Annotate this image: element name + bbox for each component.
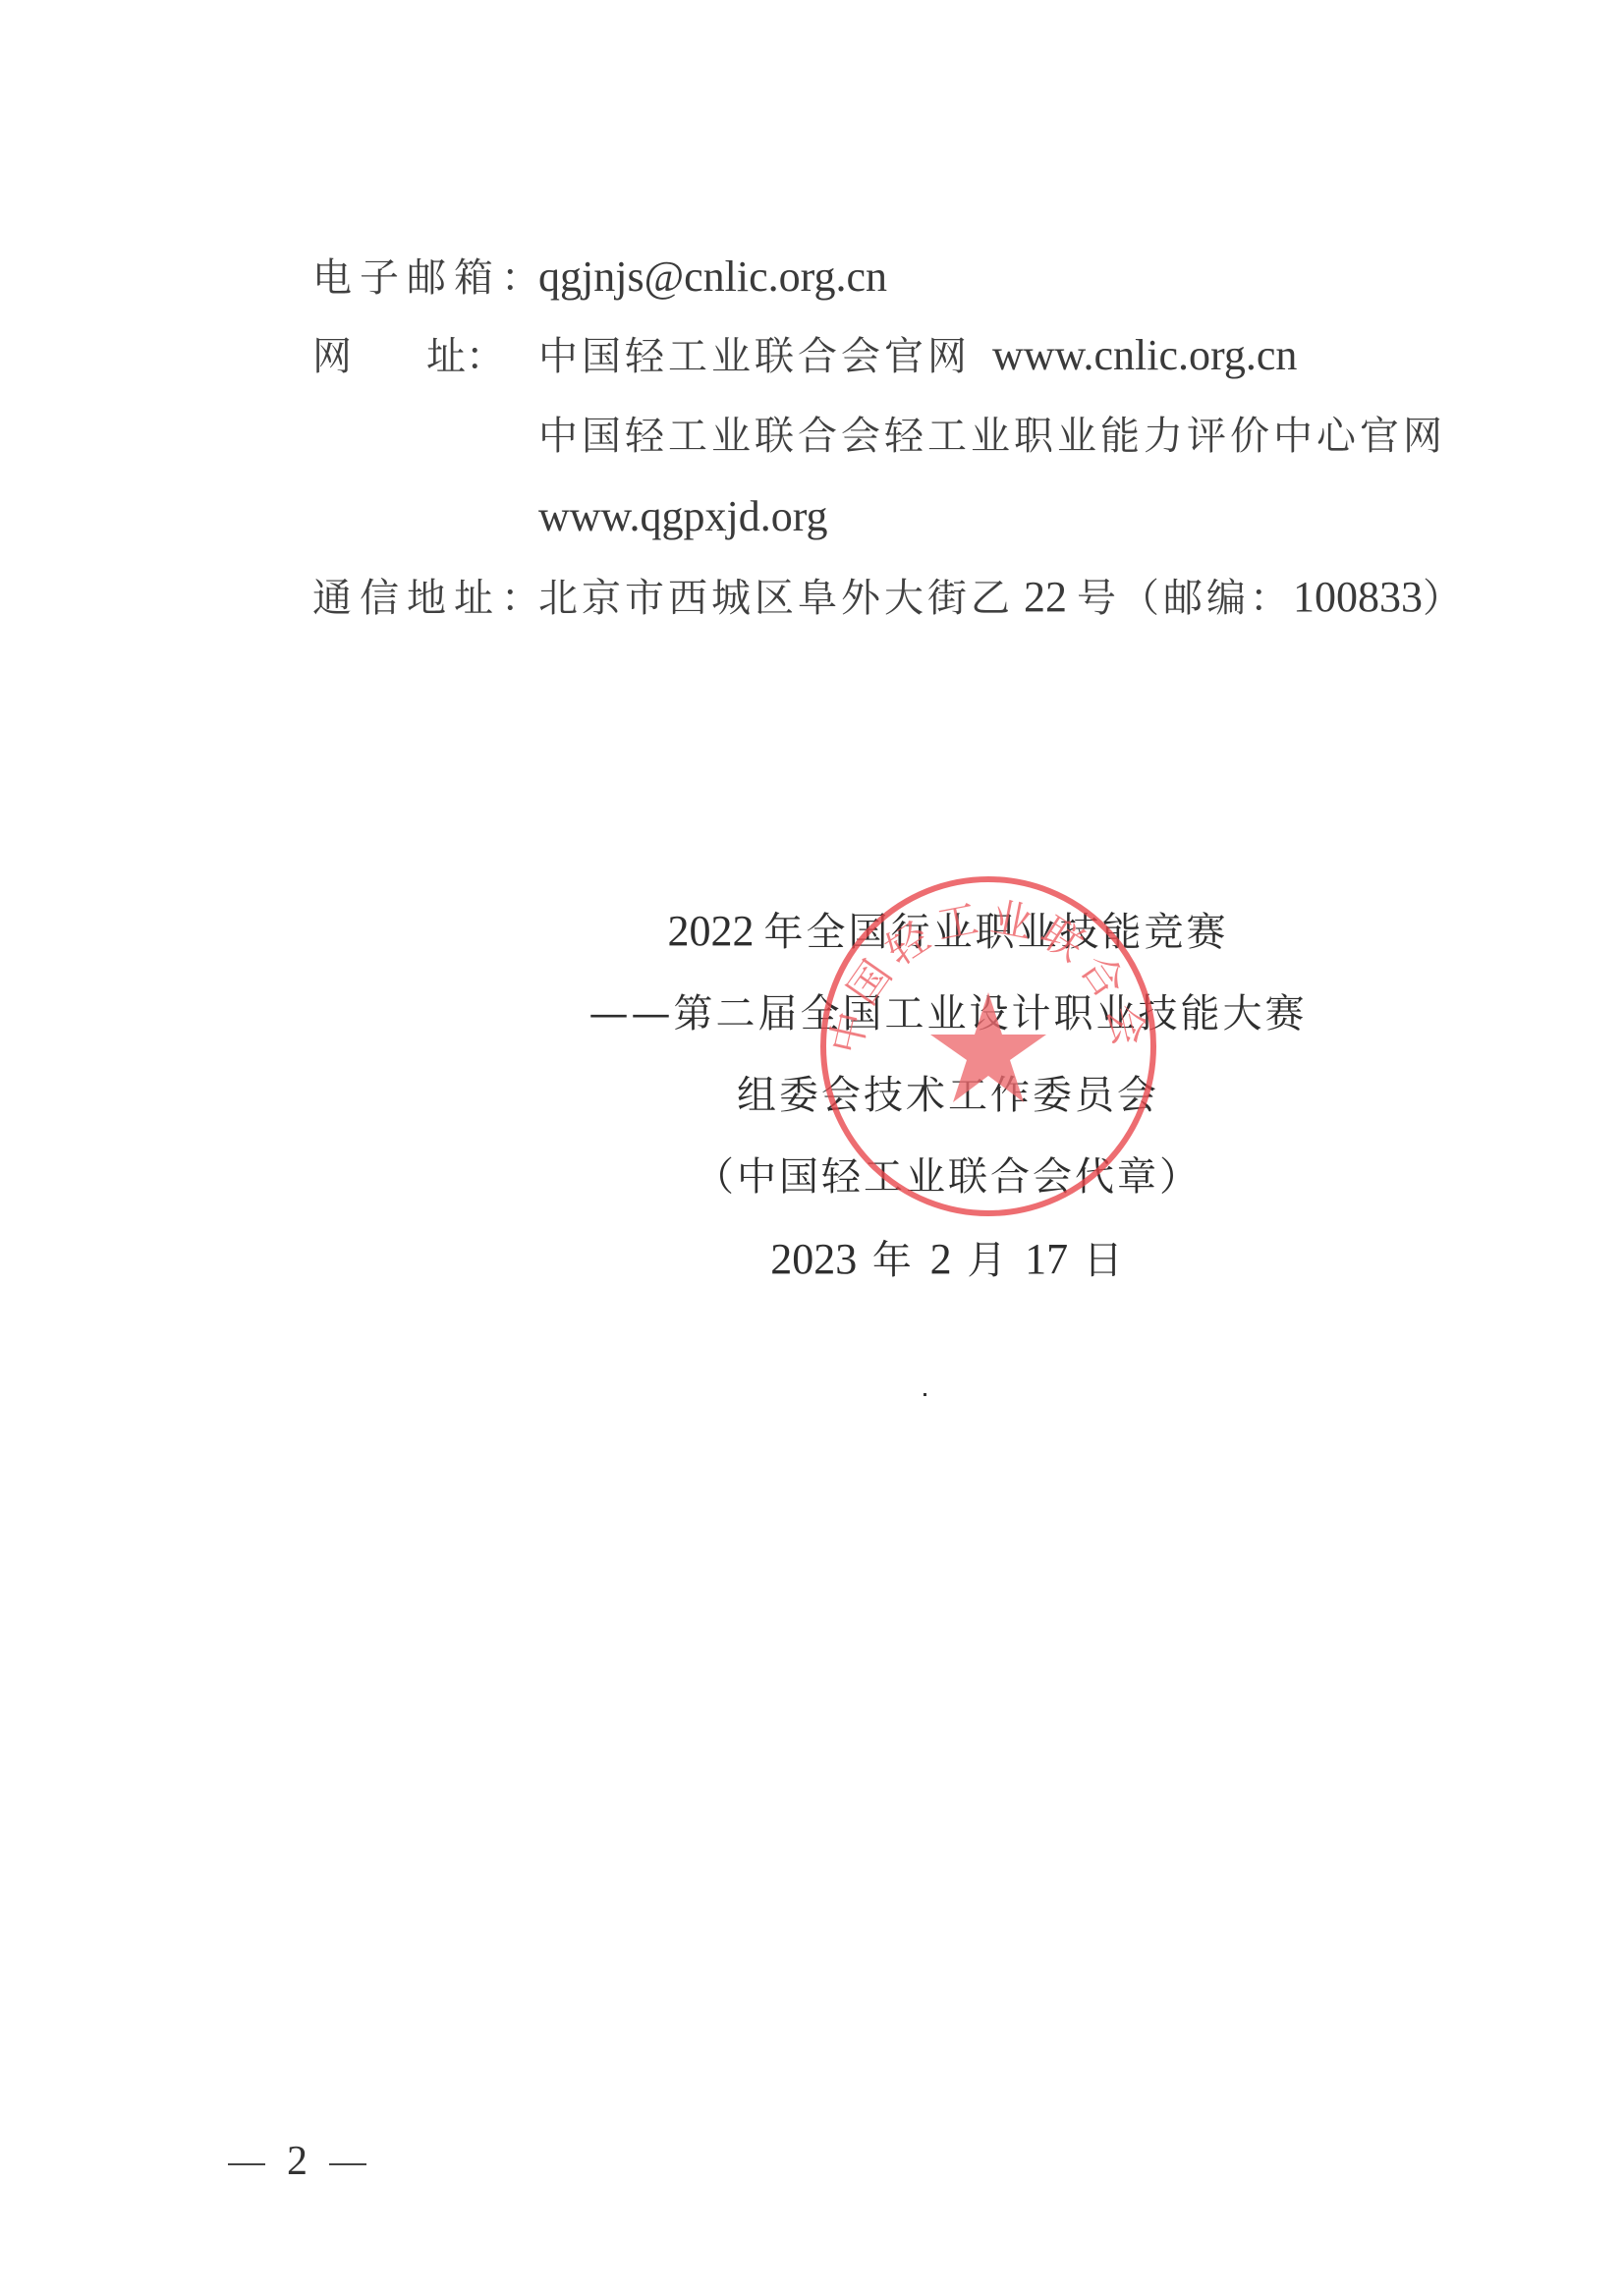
- website-2-name: 中国轻工业联合会轻工业职业能力评价中心官网: [538, 407, 1446, 466]
- signature-line-3: 组委会技术工作委员会: [457, 1066, 1439, 1125]
- signature-line-1: 2022年全国行业职业技能竞赛: [457, 902, 1439, 961]
- email-label: 电子邮箱：: [312, 249, 538, 308]
- website-label: 网址：: [312, 327, 505, 386]
- address-suffix: 号（邮编：: [1077, 569, 1293, 628]
- signature-line-2: ——第二届全国工业设计职业技能大赛: [457, 984, 1439, 1043]
- page-number: 2: [228, 2134, 366, 2189]
- date-year: 2023: [770, 1235, 857, 1283]
- page-number-value: 2: [287, 2134, 308, 2189]
- date-day-unit: 日: [1084, 1238, 1126, 1283]
- address-row: 通信地址：北京市西城区阜外大街乙22号（邮编：100833）: [312, 568, 1466, 627]
- email-row: 电子邮箱：qgjnjs@cnlic.org.cn: [312, 248, 887, 307]
- email-value[interactable]: qgjnjs@cnlic.org.cn: [538, 248, 887, 307]
- website-2-url-row: www.qgpxjd.org: [538, 487, 828, 546]
- document-page: 电子邮箱：qgjnjs@cnlic.org.cn 网址：中国轻工业联合会官网ww…: [0, 0, 1624, 2295]
- competition-year: 2022: [668, 907, 755, 955]
- website-2-name-row: 中国轻工业联合会轻工业职业能力评价中心官网: [538, 407, 1446, 466]
- address-number: 22: [1024, 568, 1067, 627]
- address-street: 北京市西城区阜外大街乙: [538, 569, 1014, 628]
- website-label-last: 址：: [426, 327, 505, 386]
- scan-speck: [924, 1393, 926, 1396]
- page-number-dash-right: [329, 2163, 366, 2165]
- address-label: 通信地址：: [312, 569, 538, 628]
- address-close: ）: [1423, 569, 1466, 628]
- website-2-url[interactable]: www.qgpxjd.org: [538, 487, 828, 546]
- website-1-url[interactable]: www.cnlic.org.cn: [992, 326, 1297, 385]
- date-year-unit: 年: [872, 1238, 915, 1283]
- website-1-name: 中国轻工业联合会官网: [538, 327, 971, 386]
- postcode: 100833: [1293, 568, 1423, 627]
- website-label-first: 网: [312, 327, 352, 386]
- date-day: 17: [1025, 1235, 1068, 1283]
- signature-line-4: （中国轻工业联合会代章）: [457, 1147, 1439, 1206]
- competition-title: 年全国行业职业技能竞赛: [764, 910, 1229, 955]
- page-number-dash-left: [228, 2163, 265, 2165]
- date-month-unit: 月: [967, 1238, 1009, 1283]
- date-month: 2: [930, 1235, 952, 1283]
- website-row: 网址：中国轻工业联合会官网www.cnlic.org.cn: [312, 326, 1297, 385]
- signature-date: 2023 年 2 月 17 日: [457, 1230, 1439, 1289]
